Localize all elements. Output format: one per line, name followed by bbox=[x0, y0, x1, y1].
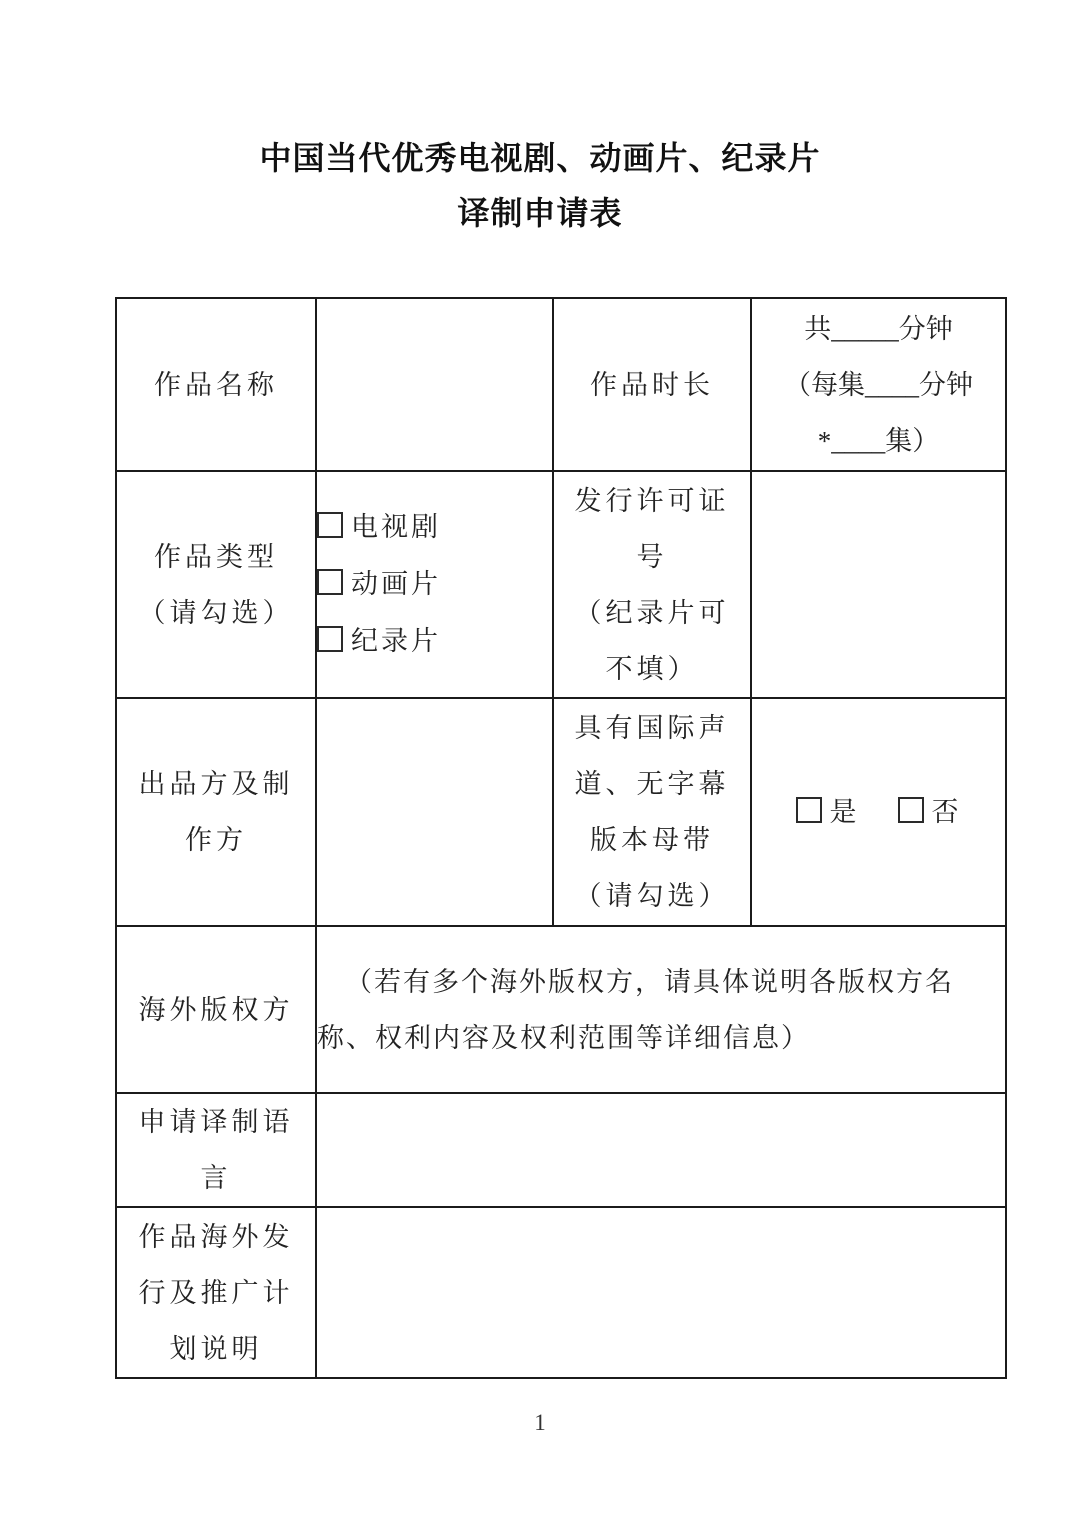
document-page: 中国当代优秀电视剧、动画片、纪录片 译制申请表 作品名称 作品时长 共_____… bbox=[0, 0, 1080, 1527]
field-label-master-tape: 具有国际声 道、无字幕 版本母带 （请勾选） bbox=[553, 698, 751, 926]
work-name-input-cell[interactable] bbox=[316, 298, 553, 471]
overseas-rights-input-cell[interactable]: （若有多个海外版权方，请具体说明各版权方名 称、权利内容及权利范围等详细信息） bbox=[316, 926, 1006, 1093]
application-form-table: 作品名称 作品时长 共_____分钟 （每集____分钟 *____集） 作品类… bbox=[115, 297, 1007, 1379]
option-label: 动画片 bbox=[351, 569, 441, 599]
work-type-option-tv-drama[interactable]: 电视剧 bbox=[317, 499, 552, 556]
option-label: 是 bbox=[830, 797, 860, 827]
producer-input-cell[interactable] bbox=[316, 698, 553, 926]
master-tape-options-cell: 是否 bbox=[751, 698, 1006, 926]
form-row-work-type: 作品类型 （请勾选） 电视剧 动画片 纪录片 发行许可证 号 （纪录片可 不填） bbox=[116, 471, 1006, 698]
form-row-work-name: 作品名称 作品时长 共_____分钟 （每集____分钟 *____集） bbox=[116, 298, 1006, 471]
form-row-distribution-plan: 作品海外发 行及推广计 划说明 bbox=[116, 1207, 1006, 1378]
field-label-work-type: 作品类型 （请勾选） bbox=[116, 471, 316, 698]
checkbox-icon[interactable] bbox=[317, 569, 343, 595]
document-title-line2: 译制申请表 bbox=[0, 193, 1080, 233]
checkbox-icon[interactable] bbox=[796, 797, 822, 823]
target-languages-input-cell[interactable] bbox=[316, 1093, 1006, 1207]
distribution-plan-input-cell[interactable] bbox=[316, 1207, 1006, 1378]
field-label-work-name: 作品名称 bbox=[116, 298, 316, 471]
page-number: 1 bbox=[0, 1410, 1080, 1436]
field-label-distribution-plan: 作品海外发 行及推广计 划说明 bbox=[116, 1207, 316, 1378]
checkbox-icon[interactable] bbox=[317, 626, 343, 652]
work-type-options-cell: 电视剧 动画片 纪录片 bbox=[316, 471, 553, 698]
work-type-option-animation[interactable]: 动画片 bbox=[317, 556, 552, 613]
work-duration-value-cell[interactable]: 共_____分钟 （每集____分钟 *____集） bbox=[751, 298, 1006, 471]
license-no-input-cell[interactable] bbox=[751, 471, 1006, 698]
checkbox-icon[interactable] bbox=[898, 797, 924, 823]
document-title-line1: 中国当代优秀电视剧、动画片、纪录片 bbox=[0, 138, 1080, 178]
work-type-option-documentary[interactable]: 纪录片 bbox=[317, 613, 552, 670]
form-row-overseas-rights: 海外版权方 （若有多个海外版权方，请具体说明各版权方名 称、权利内容及权利范围等… bbox=[116, 926, 1006, 1093]
field-label-work-duration: 作品时长 bbox=[553, 298, 751, 471]
option-label: 否 bbox=[932, 797, 962, 827]
master-tape-option-no[interactable]: 否 bbox=[898, 797, 962, 827]
field-label-overseas-rights: 海外版权方 bbox=[116, 926, 316, 1093]
master-tape-option-yes[interactable]: 是 bbox=[796, 797, 860, 827]
field-label-target-languages: 申请译制语 言 bbox=[116, 1093, 316, 1207]
option-label: 纪录片 bbox=[351, 626, 441, 656]
form-row-producer: 出品方及制 作方 具有国际声 道、无字幕 版本母带 （请勾选） 是否 bbox=[116, 698, 1006, 926]
option-label: 电视剧 bbox=[351, 512, 441, 542]
form-row-target-languages: 申请译制语 言 bbox=[116, 1093, 1006, 1207]
field-label-producer: 出品方及制 作方 bbox=[116, 698, 316, 926]
checkbox-icon[interactable] bbox=[317, 512, 343, 538]
field-label-license-no: 发行许可证 号 （纪录片可 不填） bbox=[553, 471, 751, 698]
